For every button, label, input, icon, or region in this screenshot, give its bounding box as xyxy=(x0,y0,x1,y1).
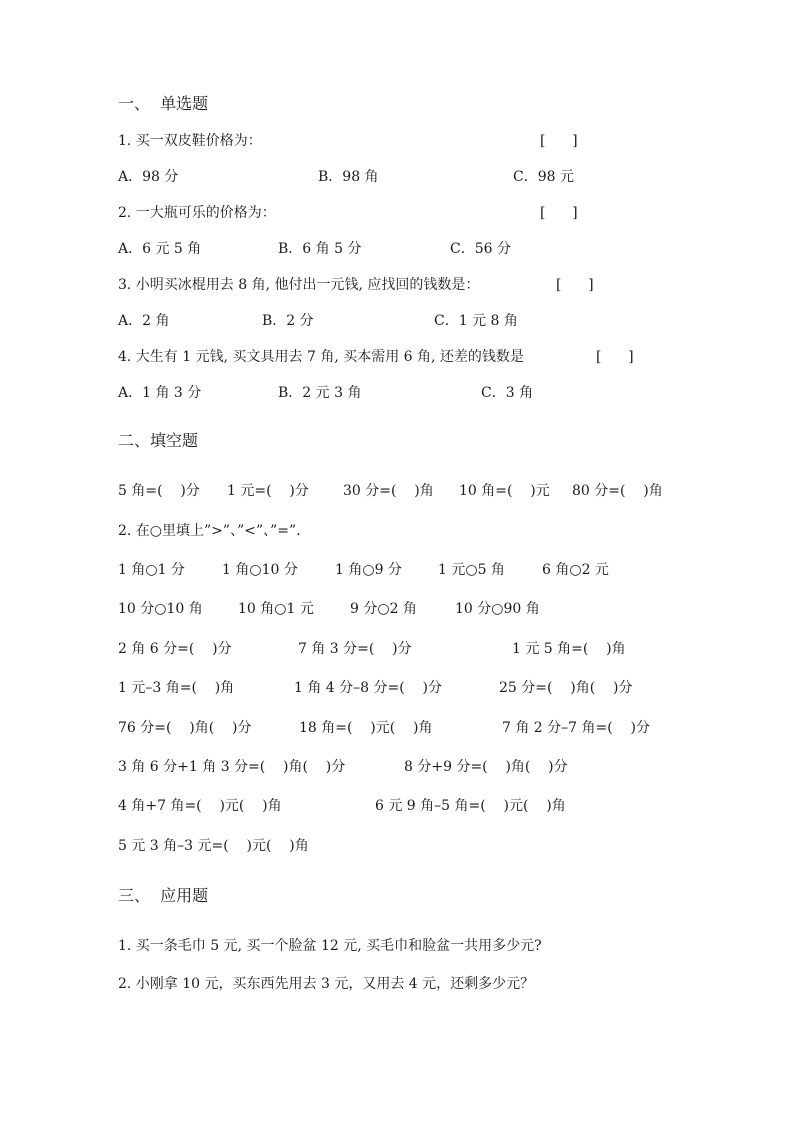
fill-item[interactable]: 7 角 3 分=( )分 xyxy=(298,640,412,658)
fill-item[interactable]: 2 角 6 分=( )分 xyxy=(118,640,232,658)
question-4-option-c[interactable]: C．3 角 xyxy=(481,384,533,402)
question-3-option-a[interactable]: A．2 角 xyxy=(118,312,169,330)
question-3-option-b[interactable]: B．2 分 xyxy=(262,312,314,330)
fill-item[interactable]: 6 元 9 角–5 角=( )元( )角 xyxy=(375,797,566,815)
question-2-answer-bracket[interactable]: [ ] xyxy=(540,204,578,222)
question-3-option-c[interactable]: C．1 元 8 角 xyxy=(434,312,518,330)
compare-item[interactable]: 10 分○10 角 xyxy=(118,600,203,618)
question-4-stem: 4. 大生有 1 元钱, 买文具用去 7 角, 买本需用 6 角, 还差的钱数是 xyxy=(118,348,524,366)
compare-item[interactable]: 9 分○2 角 xyxy=(350,600,417,618)
fill-item[interactable]: 8 分+9 分=( )角( )分 xyxy=(404,758,568,776)
compare-item[interactable]: 10 分○90 角 xyxy=(455,600,540,618)
conversion-item[interactable]: 80 分=( )角 xyxy=(572,482,663,500)
section-heading-multiple-choice: 一、 单选题 xyxy=(118,95,208,113)
question-2-option-a[interactable]: A．6 元 5 角 xyxy=(118,240,201,258)
question-3-stem: 3. 小明买冰棍用去 8 角, 他付出一元钱, 应找回的钱数是： xyxy=(118,276,479,294)
fill-item[interactable]: 18 角=( )元( )角 xyxy=(299,719,432,737)
question-1-answer-bracket[interactable]: [ ] xyxy=(540,132,578,150)
fill-item[interactable]: 76 分=( )角( )分 xyxy=(118,719,251,737)
question-2-option-b[interactable]: B．6 角 5 分 xyxy=(278,240,361,258)
conversion-item[interactable]: 5 角=( )分 xyxy=(118,482,200,500)
fill-item[interactable]: 25 分=( )角( )分 xyxy=(499,679,632,697)
fill-item[interactable]: 3 角 6 分+1 角 3 分=( )角( )分 xyxy=(118,758,345,776)
compare-instruction: 2. 在○里填上”>”、”<”、”=”. xyxy=(118,522,301,540)
word-problem-1: 1. 买一条毛巾 5 元, 买一个脸盆 12 元, 买毛巾和脸盆一共用多少元? xyxy=(118,937,542,955)
fill-item[interactable]: 1 角 4 分–8 分=( )分 xyxy=(294,679,442,697)
fill-item[interactable]: 4 角+7 角=( )元( )角 xyxy=(118,797,282,815)
fill-item[interactable]: 7 角 2 分–7 角=( )分 xyxy=(502,719,650,737)
question-1-option-b[interactable]: B．98 角 xyxy=(318,168,379,186)
question-2-stem: 2. 一大瓶可乐的价格为： xyxy=(118,204,276,222)
question-1-option-a[interactable]: A．98 分 xyxy=(118,168,178,186)
worksheet-page: 一、 单选题 1. 买一双皮鞋价格为： [ ] A．98 分 B．98 角 C．… xyxy=(0,0,793,1122)
question-1-stem: 1. 买一双皮鞋价格为： xyxy=(118,132,262,150)
conversion-item[interactable]: 10 角=( )元 xyxy=(459,482,550,500)
section-heading-word-problems: 三、 应用题 xyxy=(118,887,208,905)
section-heading-fill-in: 二、填空题 xyxy=(118,432,198,450)
question-4-option-a[interactable]: A．1 角 3 分 xyxy=(118,384,201,402)
fill-item[interactable]: 5 元 3 角–3 元=( )元( )角 xyxy=(118,837,309,855)
compare-item[interactable]: 6 角○2 元 xyxy=(542,561,609,579)
question-1-option-c[interactable]: C．98 元 xyxy=(513,168,574,186)
question-3-answer-bracket[interactable]: [ ] xyxy=(556,276,594,294)
compare-item[interactable]: 10 角○1 元 xyxy=(238,600,314,618)
compare-item[interactable]: 1 角○1 分 xyxy=(118,561,185,579)
compare-item[interactable]: 1 元○5 角 xyxy=(438,561,505,579)
fill-item[interactable]: 1 元 5 角=( )角 xyxy=(512,640,626,658)
word-problem-2: 2. 小刚拿 10 元，买东西先用去 3 元，又用去 4 元，还剩多少元？ xyxy=(118,975,534,993)
conversion-item[interactable]: 1 元=( )分 xyxy=(227,482,309,500)
compare-item[interactable]: 1 角○10 分 xyxy=(222,561,298,579)
fill-item[interactable]: 1 元–3 角=( )角 xyxy=(118,679,234,697)
question-4-answer-bracket[interactable]: [ ] xyxy=(596,348,634,366)
question-4-option-b[interactable]: B．2 元 3 角 xyxy=(278,384,361,402)
compare-item[interactable]: 1 角○9 分 xyxy=(335,561,402,579)
conversion-item[interactable]: 30 分=( )角 xyxy=(343,482,434,500)
question-2-option-c[interactable]: C．56 分 xyxy=(450,240,511,258)
